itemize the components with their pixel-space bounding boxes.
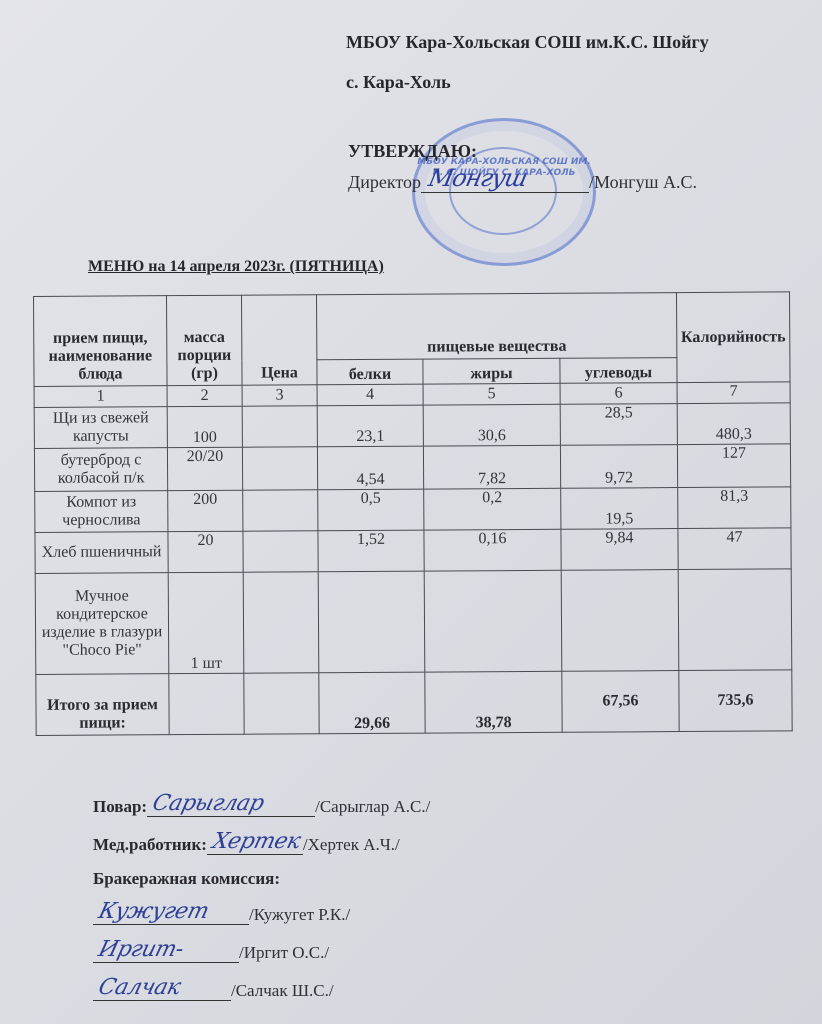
medic-signature: Хертек bbox=[210, 829, 303, 854]
total-fats: 38,78 bbox=[425, 671, 562, 733]
menu-document: МБОУ Кара-Хольская СОШ им.К.С. Шойгу с. … bbox=[0, 0, 822, 1024]
dish-carbs: 19,5 bbox=[561, 488, 678, 530]
director-signature: Монгуш bbox=[426, 164, 530, 192]
dish-price bbox=[243, 490, 318, 531]
dish-fats: 7,82 bbox=[423, 445, 560, 489]
medic-name: /Хертек А.Ч./ bbox=[303, 835, 400, 855]
dish-fats: 30,6 bbox=[423, 404, 560, 446]
total-proteins: 29,66 bbox=[319, 672, 425, 734]
commission-signature: Иргит- bbox=[96, 937, 186, 962]
dish-fats bbox=[424, 570, 562, 672]
dish-mass: 20/20 bbox=[167, 447, 242, 490]
cook-signature-row: Повар: Сарыглар /Сарыглар А.С./ bbox=[93, 793, 430, 817]
column-number: 2 bbox=[167, 385, 242, 406]
dish-mass: 200 bbox=[168, 490, 243, 531]
column-number: 5 bbox=[423, 383, 560, 405]
medic-signature-line: Хертек bbox=[207, 832, 303, 855]
total-row: Итого за прием пищи: 29,66 38,78 67,56 7… bbox=[36, 670, 792, 736]
menu-title: МЕНЮ на 14 апреля 2023г. (ПЯТНИЦА) bbox=[88, 258, 384, 276]
dish-proteins: 4,54 bbox=[317, 446, 423, 490]
director-name: /Монгуш А.С. bbox=[589, 172, 697, 193]
dish-carbs: 28,5 bbox=[560, 404, 677, 446]
dish-name: Компот из чернослива bbox=[35, 491, 168, 533]
dish-carbs bbox=[561, 570, 679, 672]
dish-name: Мучное кондитерское изделие в глазури "C… bbox=[35, 573, 169, 675]
dish-proteins: 23,1 bbox=[317, 405, 423, 447]
header-nutrients: пищевые вещества bbox=[316, 293, 676, 360]
commission-title: Бракеражная комиссия: bbox=[93, 869, 430, 889]
commission-signature-row: Иргит- /Иргит О.С./ bbox=[93, 939, 430, 963]
dish-proteins: 0,5 bbox=[318, 489, 424, 531]
column-number: 4 bbox=[317, 384, 423, 406]
cook-name: /Сарыглар А.С./ bbox=[315, 797, 430, 817]
dish-price bbox=[243, 531, 318, 572]
commission-signature-line: Салчак bbox=[93, 978, 231, 1001]
dish-fats: 0,2 bbox=[424, 488, 561, 530]
director-signature-line: Монгуш bbox=[421, 172, 589, 193]
dish-mass: 1 шт bbox=[168, 572, 244, 673]
cook-signature: Сарыглар bbox=[150, 791, 267, 816]
column-number: 3 bbox=[242, 385, 317, 406]
commission-signature: Салчак bbox=[96, 975, 183, 1000]
dish-price bbox=[242, 406, 317, 447]
dish-calories: 480,3 bbox=[677, 403, 790, 445]
header-price: Цена bbox=[241, 295, 317, 385]
cook-label: Повар: bbox=[93, 797, 147, 817]
total-mass bbox=[169, 673, 244, 734]
header-meal: прием пищи, наименование блюда bbox=[34, 296, 168, 387]
medic-signature-row: Мед.работник: Хертек /Хертек А.Ч./ bbox=[93, 831, 430, 855]
commission-member-name: /Иргит О.С./ bbox=[239, 943, 329, 963]
dish-calories bbox=[678, 569, 792, 671]
header-calories: Калорийность bbox=[676, 292, 790, 383]
commission-signature-row: Кужугет /Кужугет Р.К./ bbox=[93, 901, 430, 925]
table-header-row: прием пищи, наименование блюда масса пор… bbox=[34, 292, 790, 362]
dish-proteins: 1,52 bbox=[318, 530, 424, 572]
dish-calories: 127 bbox=[677, 444, 790, 488]
column-number: 7 bbox=[677, 382, 790, 404]
commission-member-name: /Кужугет Р.К./ bbox=[249, 905, 350, 925]
dish-calories: 47 bbox=[678, 528, 791, 570]
commission-signature-row: Салчак /Салчак Ш.С./ bbox=[93, 977, 430, 1001]
signatures-block: Повар: Сарыглар /Сарыглар А.С./ Мед.рабо… bbox=[93, 793, 430, 1015]
header-carbs: углеводы bbox=[560, 358, 677, 384]
medic-label: Мед.работник: bbox=[93, 835, 207, 855]
cook-signature-line: Сарыглар bbox=[147, 794, 315, 817]
dish-carbs: 9,72 bbox=[560, 445, 677, 489]
dish-name: бутерброд с колбасой п/к bbox=[34, 448, 167, 492]
dish-price bbox=[243, 572, 319, 673]
director-approval: Директор Монгуш /Монгуш А.С. bbox=[348, 172, 697, 193]
table-row: Хлеб пшеничный 20 1,52 0,16 9,84 47 bbox=[35, 528, 791, 574]
director-label: Директор bbox=[348, 172, 421, 193]
table-row: Мучное кондитерское изделие в глазури "C… bbox=[35, 569, 792, 675]
column-number: 6 bbox=[560, 383, 677, 405]
dish-mass: 100 bbox=[167, 406, 242, 447]
total-label: Итого за прием пищи: bbox=[36, 674, 169, 736]
dish-price bbox=[242, 447, 317, 490]
header-fats: жиры bbox=[423, 358, 560, 384]
total-carbs: 67,56 bbox=[562, 671, 679, 733]
commission-signature: Кужугет bbox=[96, 899, 211, 924]
dish-name: Щи из свежей капусты bbox=[34, 407, 167, 449]
table-row: Щи из свежей капусты 100 23,1 30,6 28,5 … bbox=[34, 403, 790, 449]
dish-carbs: 9,84 bbox=[561, 529, 678, 571]
header-mass: масса порции (гр) bbox=[167, 295, 243, 385]
header-proteins: белки bbox=[317, 359, 423, 385]
column-number: 1 bbox=[34, 386, 167, 408]
commission-signature-line: Кужугет bbox=[93, 902, 249, 925]
dish-name: Хлеб пшеничный bbox=[35, 532, 168, 574]
table-row: Компот из чернослива 200 0,5 0,2 19,5 81… bbox=[35, 487, 791, 533]
total-price bbox=[244, 673, 319, 734]
commission-member-name: /Салчак Ш.С./ bbox=[231, 981, 334, 1001]
dish-fats: 0,16 bbox=[424, 529, 561, 571]
village-name: с. Кара-Холь bbox=[346, 72, 451, 93]
approve-heading: УТВЕРЖДАЮ: bbox=[348, 141, 477, 162]
school-name: МБОУ Кара-Хольская СОШ им.К.С. Шойгу bbox=[346, 32, 709, 53]
total-calories: 735,6 bbox=[679, 670, 792, 732]
dish-proteins bbox=[318, 571, 425, 673]
commission-signature-line: Иргит- bbox=[93, 940, 239, 963]
dish-mass: 20 bbox=[168, 531, 243, 572]
menu-table: прием пищи, наименование блюда масса пор… bbox=[33, 291, 793, 736]
dish-calories: 81,3 bbox=[678, 487, 791, 529]
table-row: бутерброд с колбасой п/к 20/20 4,54 7,82… bbox=[34, 444, 790, 492]
